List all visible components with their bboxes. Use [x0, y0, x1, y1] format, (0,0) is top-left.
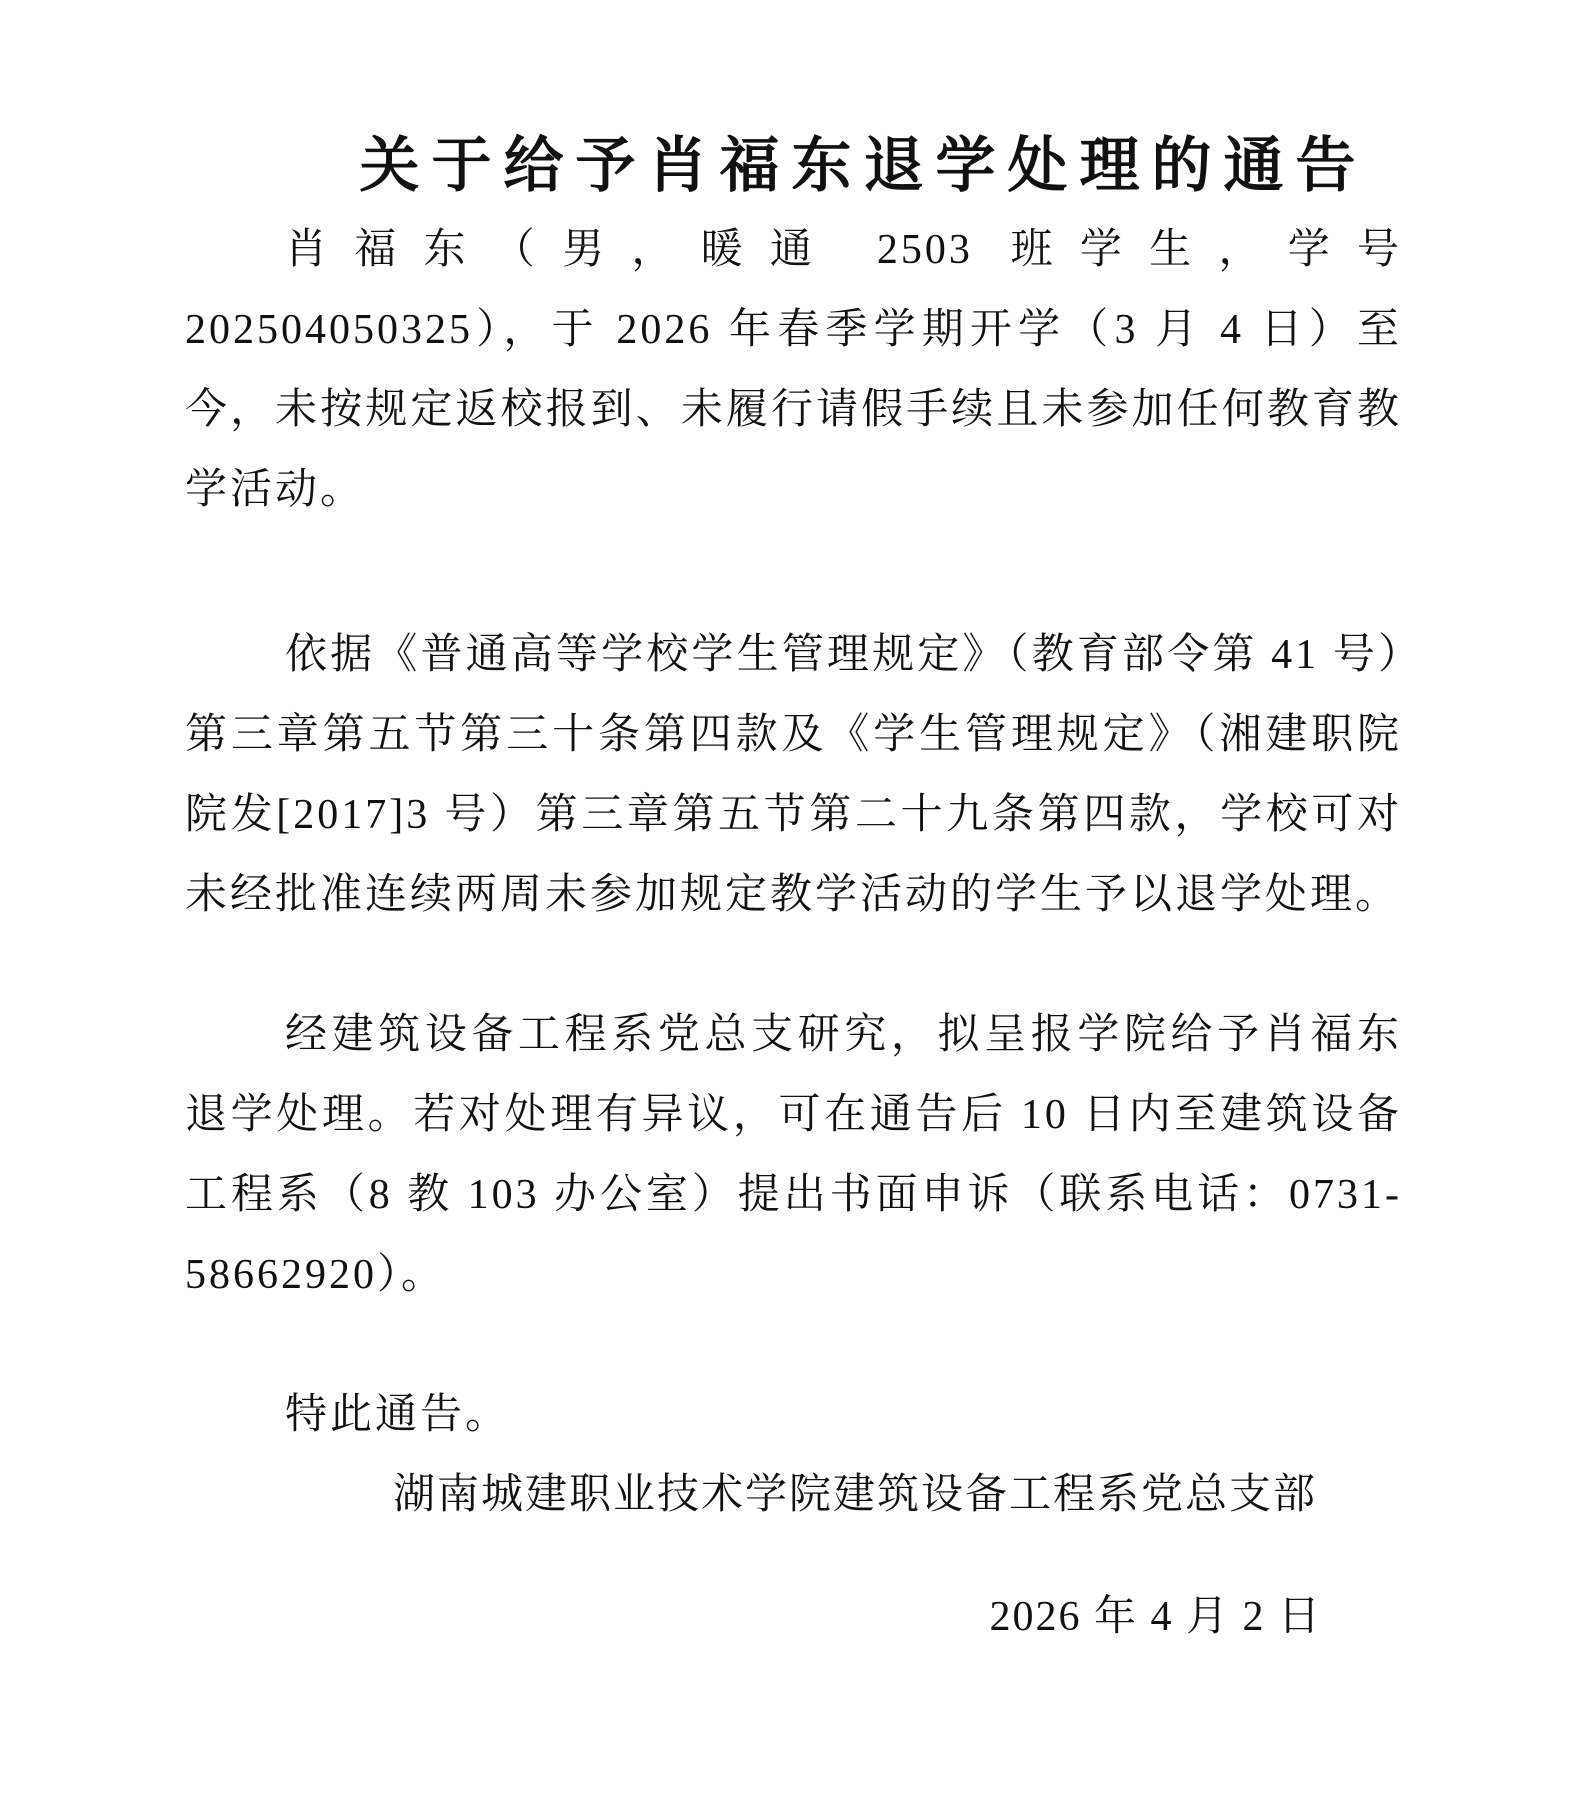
page-title: 关于给予肖福东退学处理的通告 [185, 130, 1402, 202]
date-line: 2026 年 4 月 2 日 [185, 1577, 1402, 1657]
notice-paragraph-decision-appeal: 经建筑设备工程系党总支研究，拟呈报学院给予肖福东退学处理。若对处理有异议，可在通… [185, 995, 1402, 1315]
notice-paragraph-regulations: 依据《普通高等学校学生管理规定》（教育部令第 41 号）第三章第五节第三十条第四… [185, 615, 1402, 935]
notice-paragraph-student-info: 肖福东（男，暖通 2503 班学生，学号 202504050325），于 202… [185, 210, 1402, 530]
signature-line: 湖南城建职业技术学院建筑设备工程系党总支部 [185, 1455, 1402, 1535]
closing-statement: 特此通告。 [185, 1375, 1402, 1455]
notice-document-page: 关于给予肖福东退学处理的通告 肖福东（男，暖通 2503 班学生，学号 2025… [0, 0, 1587, 1801]
